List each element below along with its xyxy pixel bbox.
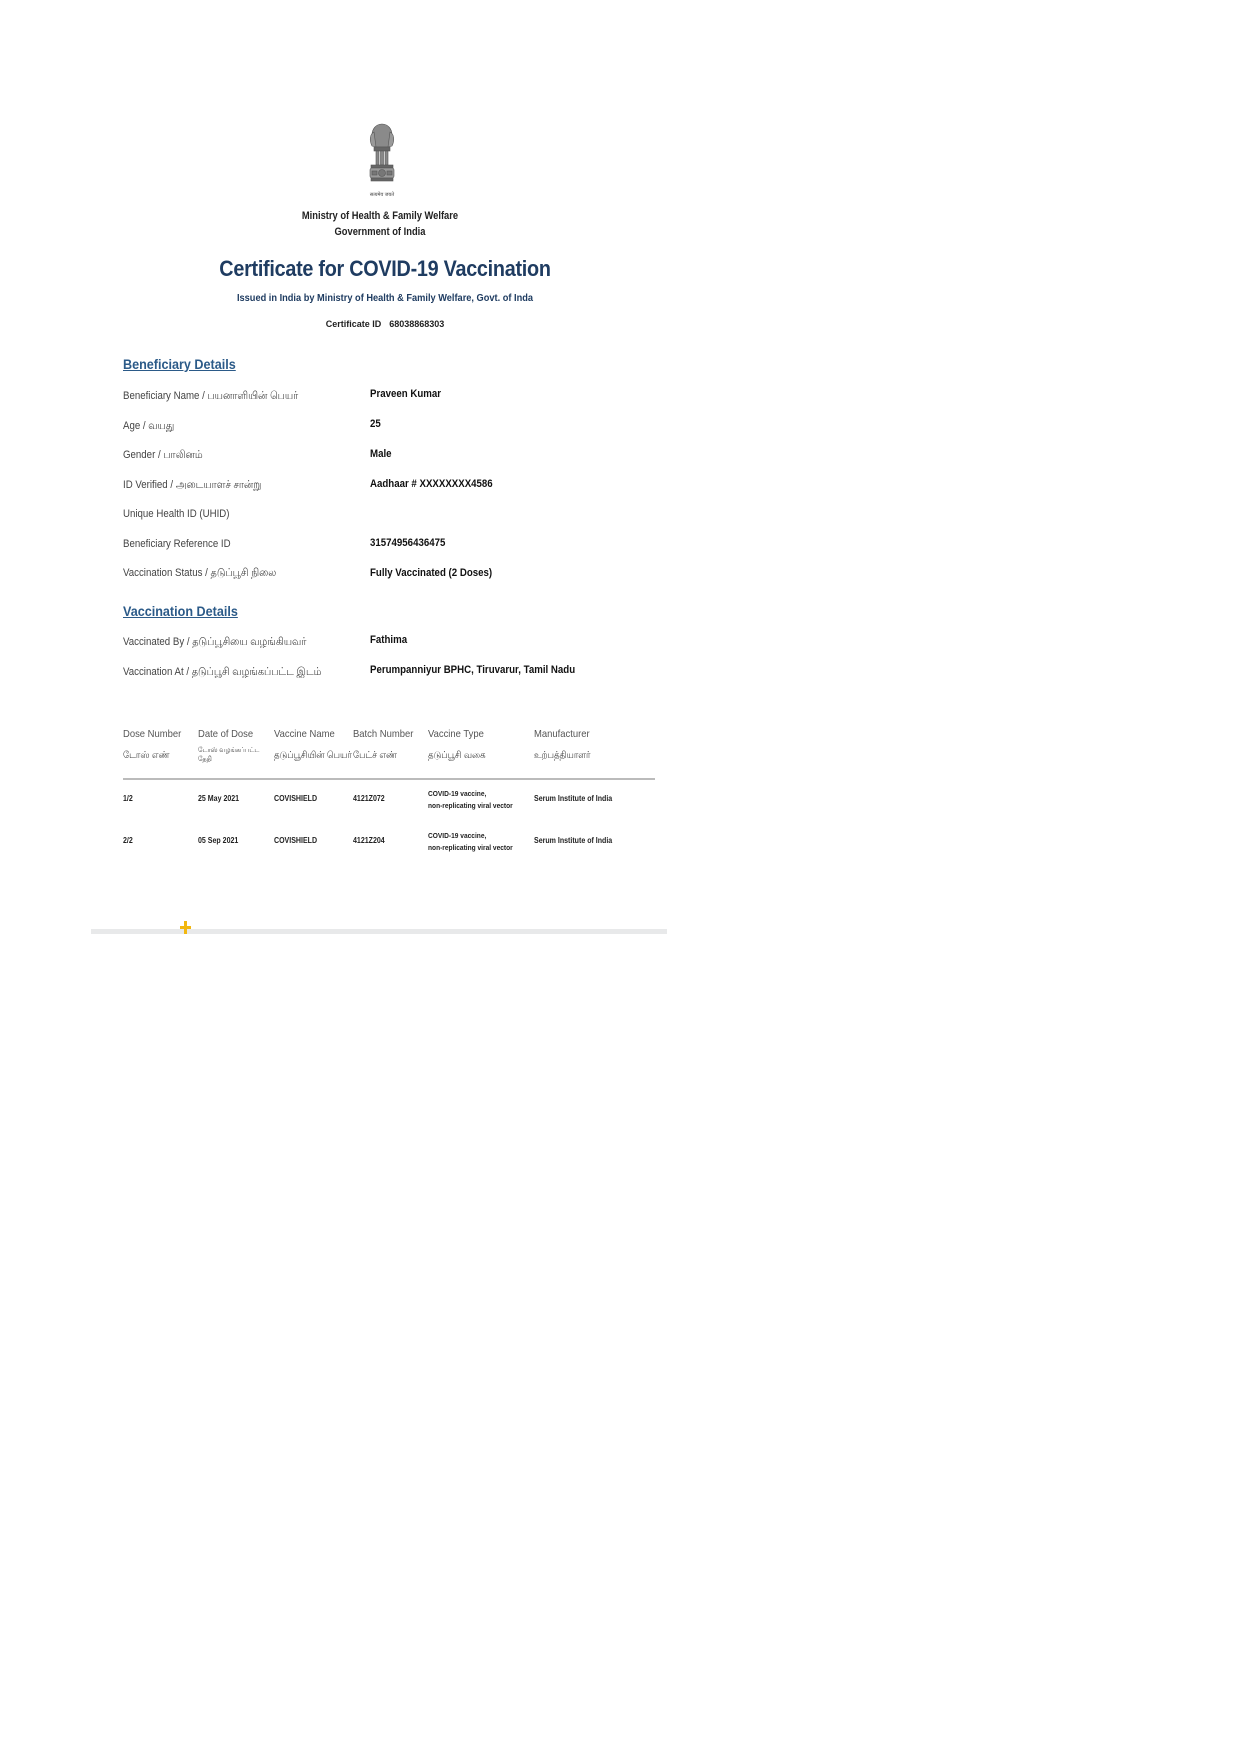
column-header-en: Manufacturer xyxy=(534,728,590,740)
field-label: Beneficiary Reference ID xyxy=(123,538,231,550)
table-row: 2/2 05 Sep 2021 COVISHIELD 4121Z204 COVI… xyxy=(123,822,655,864)
batch-number-cell: 4121Z072 xyxy=(353,794,385,803)
column-header-manufacturer: Manufacturer உற்பத்தியாளர் xyxy=(534,728,591,762)
field-label: Vaccination Status / தடுப்பூசி நிலை xyxy=(123,567,276,581)
beneficiary-details-heading: Beneficiary Details xyxy=(123,356,236,372)
certificate-id-label: Certificate ID xyxy=(326,319,382,329)
field-label: Vaccination At / தடுப்பூசி வழங்கப்பட்ட இ… xyxy=(123,666,321,680)
date-cell: 25 May 2021 xyxy=(198,794,239,803)
state-emblem-icon xyxy=(360,120,404,190)
dose-table-header: Dose Number டோஸ் எண் Date of Dose டோஸ் வ… xyxy=(123,728,655,780)
age-row: Age / வயது 25 xyxy=(123,420,643,440)
dose-table: Dose Number டோஸ் எண் Date of Dose டோஸ் வ… xyxy=(123,728,655,864)
certificate-title: Certificate for COVID-19 Vaccination xyxy=(219,256,552,282)
vaccine-type-line: non-replicating viral vector xyxy=(428,842,513,854)
vaccine-type-line: COVID-19 vaccine, xyxy=(428,830,513,842)
column-header-dose-number: Dose Number டோஸ் எண் xyxy=(123,728,181,762)
vaccination-certificate-page: सत्यमेव जयते Ministry of Health & Family… xyxy=(0,0,1241,1755)
column-header-vaccine-type: Vaccine Type தடுப்பூசி வகை xyxy=(428,728,486,762)
vaccination-at-row: Vaccination At / தடுப்பூசி வழங்கப்பட்ட இ… xyxy=(123,666,643,686)
age-value: 25 xyxy=(370,418,381,430)
field-label: Vaccinated By / தடுப்பூசியை வழங்கியவர் xyxy=(123,636,306,650)
certificate-id: Certificate ID68038868303 xyxy=(280,319,490,329)
field-label: Beneficiary Name / பயனாளியின் பெயர் xyxy=(123,390,298,404)
vaccine-name-cell: COVISHIELD xyxy=(274,836,317,845)
column-header-ta: டோஸ் எண் xyxy=(123,750,181,762)
vaccine-name-cell: COVISHIELD xyxy=(274,794,317,803)
column-header-en: Date of Dose xyxy=(198,728,253,740)
column-header-ta: உற்பத்தியாளர் xyxy=(534,750,591,762)
column-header-en: Vaccine Name xyxy=(274,728,335,740)
vaccinated-by-row: Vaccinated By / தடுப்பூசியை வழங்கியவர் F… xyxy=(123,636,643,656)
vaccination-at-value: Perumpanniyur BPHC, Tiruvarur, Tamil Nad… xyxy=(370,664,575,676)
vaccine-type-line: non-replicating viral vector xyxy=(428,800,513,812)
vaccinated-by-value: Fathima xyxy=(370,634,407,646)
government-line: Government of India xyxy=(295,224,465,240)
uhid-row: Unique Health ID (UHID) xyxy=(123,508,643,528)
column-header-en: Dose Number xyxy=(123,728,181,740)
field-label: ID Verified / அடையாளச் சான்று xyxy=(123,479,261,493)
beneficiary-name-value: Praveen Kumar xyxy=(370,388,441,400)
column-header-date-of-dose: Date of Dose டோஸ் வழங்கப்பட்ட தேதி xyxy=(198,728,261,764)
issued-by-text: Issued in India by Ministry of Health & … xyxy=(222,292,548,304)
certificate-id-value: 68038868303 xyxy=(389,319,444,329)
column-header-en: Batch Number xyxy=(353,728,413,740)
beneficiary-name-row: Beneficiary Name / பயனாளியின் பெயர் Prav… xyxy=(123,390,643,410)
ministry-name: Ministry of Health & Family Welfare Gove… xyxy=(295,208,465,240)
table-row: 1/2 25 May 2021 COVISHIELD 4121Z072 COVI… xyxy=(123,780,655,822)
emblem-motto: सत्यमेव जयते xyxy=(360,192,404,198)
beneficiary-reference-id-value: 31574956436475 xyxy=(370,537,445,549)
field-label: Unique Health ID (UHID) xyxy=(123,508,230,520)
column-header-ta: தடுப்பூசி வகை xyxy=(428,750,486,762)
date-cell: 05 Sep 2021 xyxy=(198,836,238,845)
plus-cross-icon xyxy=(180,921,191,934)
vaccination-details-heading: Vaccination Details xyxy=(123,603,238,619)
dose-number-cell: 2/2 xyxy=(123,836,133,845)
field-label: Age / வயது xyxy=(123,420,174,434)
column-header-en: Vaccine Type xyxy=(428,728,484,740)
batch-number-cell: 4121Z204 xyxy=(353,836,385,845)
id-verified-row: ID Verified / அடையாளச் சான்று Aadhaar # … xyxy=(123,479,643,499)
beneficiary-reference-id-row: Beneficiary Reference ID 31574956436475 xyxy=(123,538,643,558)
ministry-line: Ministry of Health & Family Welfare xyxy=(295,208,465,224)
column-header-batch-number: Batch Number பேட்ச் எண் xyxy=(353,728,413,762)
column-header-ta: தடுப்பூசியின் பெயர் xyxy=(274,750,352,762)
footer-divider-strip xyxy=(91,929,667,934)
gender-row: Gender / பாலினம் Male xyxy=(123,449,643,469)
manufacturer-cell: Serum Institute of India xyxy=(534,794,612,803)
field-label: Gender / பாலினம் xyxy=(123,449,203,463)
gender-value: Male xyxy=(370,448,392,460)
vaccine-type-cell: COVID-19 vaccine, non-replicating viral … xyxy=(428,788,513,812)
manufacturer-cell: Serum Institute of India xyxy=(534,836,612,845)
vaccination-status-value: Fully Vaccinated (2 Doses) xyxy=(370,567,492,579)
dose-number-cell: 1/2 xyxy=(123,794,133,803)
vaccine-type-cell: COVID-19 vaccine, non-replicating viral … xyxy=(428,830,513,854)
column-header-ta: டோஸ் வழங்கப்பட்ட தேதி xyxy=(198,746,261,764)
column-header-vaccine-name: Vaccine Name தடுப்பூசியின் பெயர் xyxy=(274,728,352,762)
vaccine-type-line: COVID-19 vaccine, xyxy=(428,788,513,800)
vaccination-status-row: Vaccination Status / தடுப்பூசி நிலை Full… xyxy=(123,567,643,587)
id-verified-value: Aadhaar # XXXXXXXX4586 xyxy=(370,478,493,490)
column-header-ta: பேட்ச் எண் xyxy=(353,750,413,762)
